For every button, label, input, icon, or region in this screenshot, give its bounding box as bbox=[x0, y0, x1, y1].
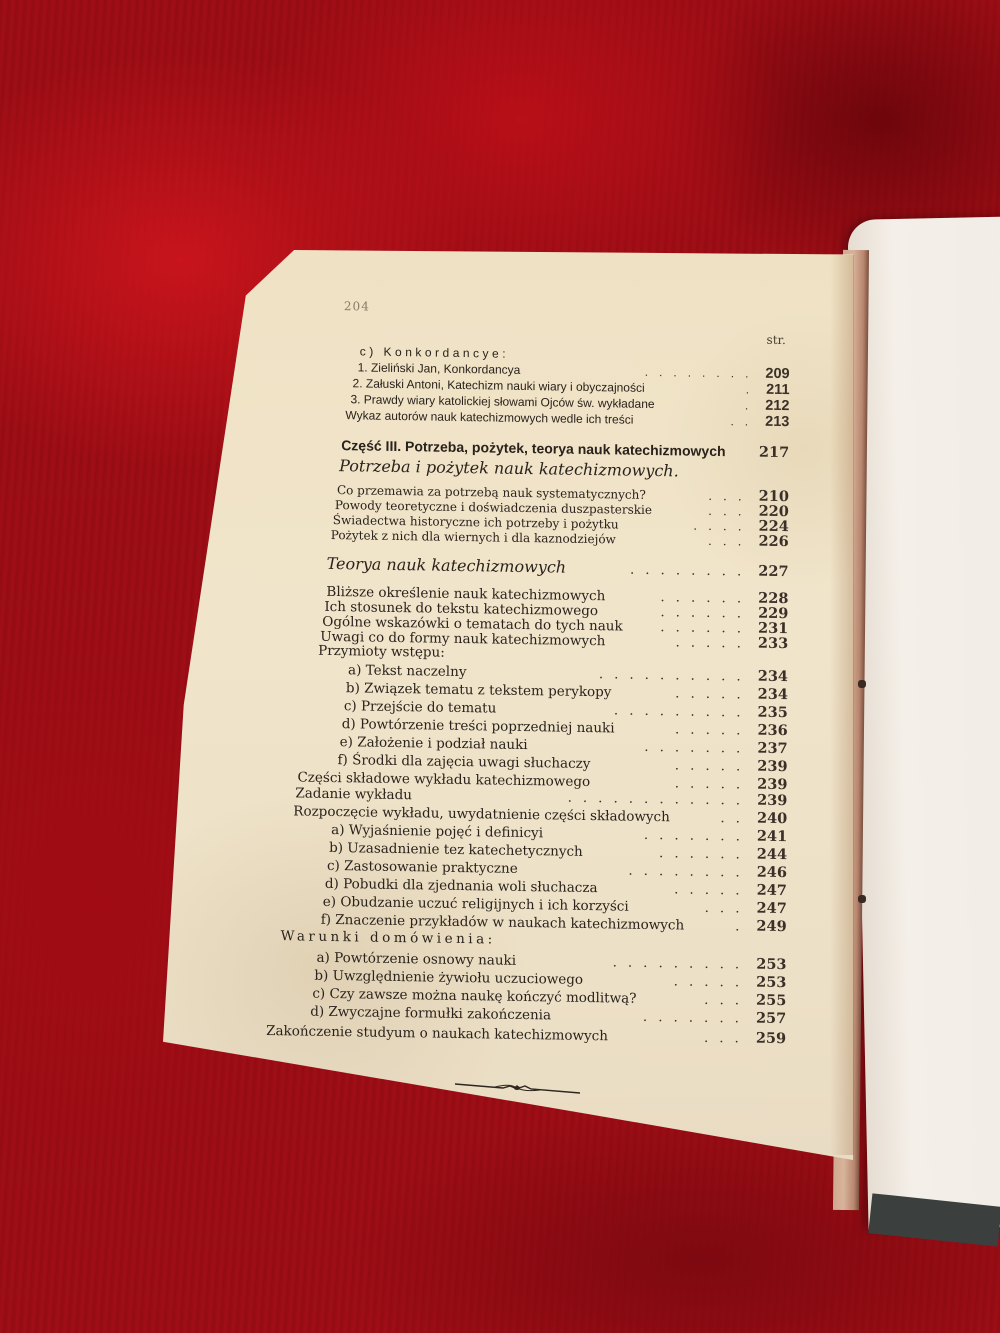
section-heading-need: Potrzeba i pożytek nauk katechizmowych. bbox=[339, 458, 679, 478]
decorative-rule-ornament bbox=[455, 1080, 580, 1096]
page-number: 204 bbox=[344, 299, 370, 313]
binding-thread bbox=[858, 680, 866, 688]
binding-thread bbox=[858, 895, 866, 903]
subsection-heading-intro: Przymioty wstępu: bbox=[318, 644, 445, 661]
facing-blank-page bbox=[847, 216, 1000, 1230]
page-column-label: str. bbox=[767, 333, 786, 347]
page-edge-shadow bbox=[830, 255, 854, 1155]
section-heading-konkordancye: c) Konkordancye: bbox=[360, 344, 509, 361]
